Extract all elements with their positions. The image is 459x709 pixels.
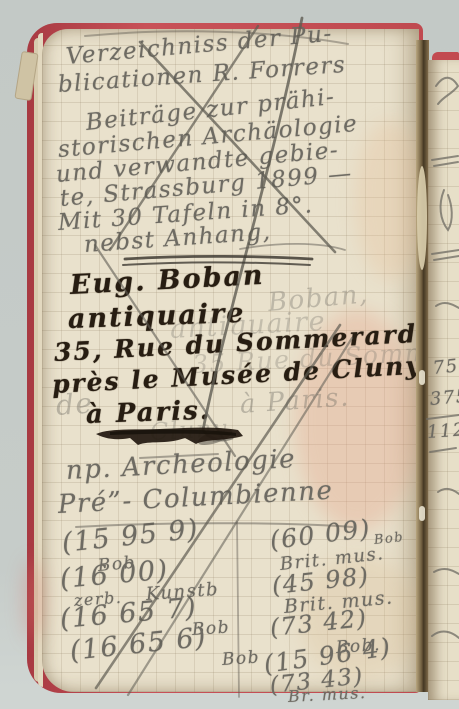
handwriting-address-line: antiquaire [68, 300, 246, 333]
notebook-scan: Verzeichniss der Pu- blicationen R. Forr… [0, 0, 459, 709]
inventory-note: Br. mus. [288, 685, 367, 705]
spine-fold-highlight [417, 166, 427, 270]
facing-page-number: 750 [432, 356, 459, 378]
stitching-thread [419, 506, 425, 521]
stitching-thread [419, 370, 425, 385]
facing-page-sliver [428, 60, 459, 700]
inventory-note: Bob [221, 649, 260, 669]
facing-page-number: 375 - [429, 386, 459, 409]
handwriting-address-line: à Paris. [86, 398, 212, 428]
facing-page-number: 1125 [426, 420, 459, 442]
handwriting-ghost-line: à Paris. [239, 384, 350, 418]
